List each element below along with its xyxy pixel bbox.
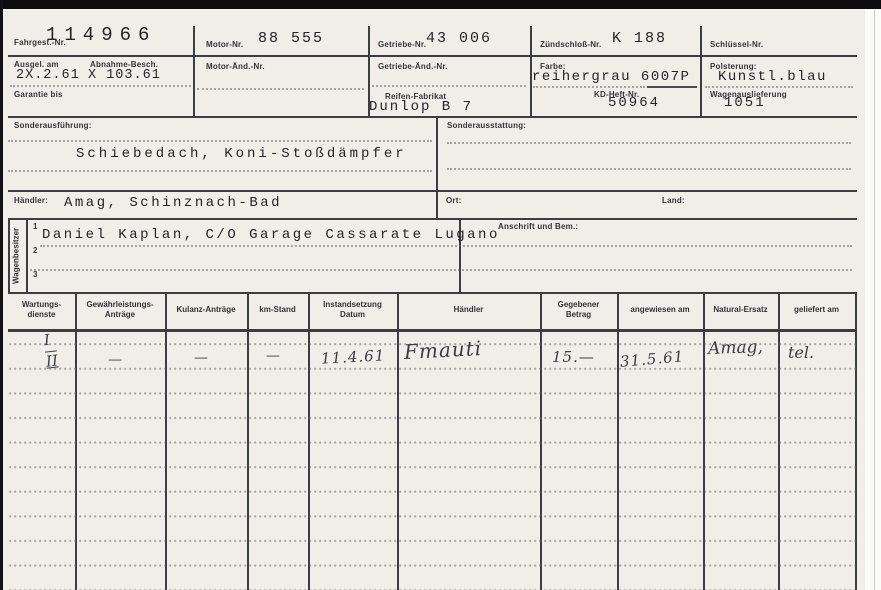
col-header-geliefert-am: geliefert am [778,305,855,315]
entry-betrag: 15.— [552,348,595,366]
getriebe-nr-value: 43 006 [426,30,492,47]
owner-row-2-number: 2 [33,246,37,255]
col-header-wartungsdienste: Wartungs- dienste [8,300,75,320]
col-header-gegebener-betrag: Gegebener Betrag [540,300,617,320]
zuendschloss-nr-value: K 188 [612,30,667,47]
sonderausfuehrung-value: Schiebedach, Koni-Stoßdämpfer [76,146,407,162]
polsterung-value: Kunstl.blau [718,69,827,85]
haendler-label: Händler: [14,196,48,205]
col-header-km-stand: km-Stand [247,305,308,315]
owner-row-1-value: Daniel Kaplan, C/O Garage Cassarate Luga… [42,227,500,243]
land-label: Land: [662,196,685,205]
motor-nr-label: Motor-Nr. [206,40,243,49]
wagenbesitzer-side-label: Wagenbesitzer [6,221,26,291]
getriebe-nr-label: Getriebe-Nr. [378,40,426,49]
entry-haendler: Fmauti [403,336,482,364]
sonderausfuehrung-label: Sonderausführung: [14,121,92,130]
anschrift-und-bem-label: Anschrift und Bem.: [498,222,578,231]
entry-natural-ersatz: Amag, [708,337,763,359]
fahrgest-value: 114966 [46,24,156,46]
owner-row-1-number: 1 [33,222,37,231]
zuendschloss-nr-label: Zündschloß-Nr. [540,40,601,49]
col-header-natural-ersatz: Natural-Ersatz [703,305,778,315]
col-header-haendler: Händler [397,305,540,315]
sonderausstattung-label: Sonderausstattung: [447,121,526,130]
entry-gewaehrleistung: — [108,352,122,368]
owner-row-3-number: 3 [33,270,37,279]
schluessel-nr-label: Schlüssel-Nr. [710,40,763,49]
motor-aend-label: Motor-Änd.-Nr. [206,62,265,71]
farbe-value: reihergrau 6007P [532,69,690,85]
scan-right-edge-line [874,9,875,590]
getriebe-aend-label: Getriebe-Änd.-Nr. [378,62,448,71]
wagenauslieferung-value: 1051 [724,95,766,111]
ort-label: Ort: [446,196,461,205]
col-header-kulanz: Kulanz-Anträge [165,305,247,315]
vehicle-record-card: Fahrgest.-Nr. 114966 Motor-Nr. 88 555 Ge… [0,0,881,590]
col-header-gewaehrleistung: Gewährleistungs- Anträge [75,300,165,320]
motor-nr-value: 88 555 [258,30,324,47]
service-table-body [8,332,857,590]
entry-km-stand: — [266,348,280,364]
scan-left-edge [0,0,3,590]
reifen-fabrikat-value: Dunlop B 7 [369,99,473,115]
garantie-bis-label: Garantie bis [14,90,63,99]
ausgel-am-value: 2X.2.61 [16,68,80,83]
entry-wartungsdienst-2: II [45,351,59,370]
entry-geliefert-am: tel. [788,343,814,362]
col-header-instandsetzung-datum: Instandsetzung Datum [308,300,397,320]
entry-instandsetzung-datum: 11.4.61 [321,346,386,367]
abnahme-besch-value: X 103.61 [88,68,161,83]
haendler-value: Amag, Schinznach-Bad [64,195,282,211]
col-header-angewiesen-am: angewiesen am [617,305,703,315]
scan-top-edge [0,0,881,9]
scan-right-margin [865,9,881,590]
entry-kulanz: — [194,350,208,366]
kd-heft-value: 50964 [608,95,660,111]
